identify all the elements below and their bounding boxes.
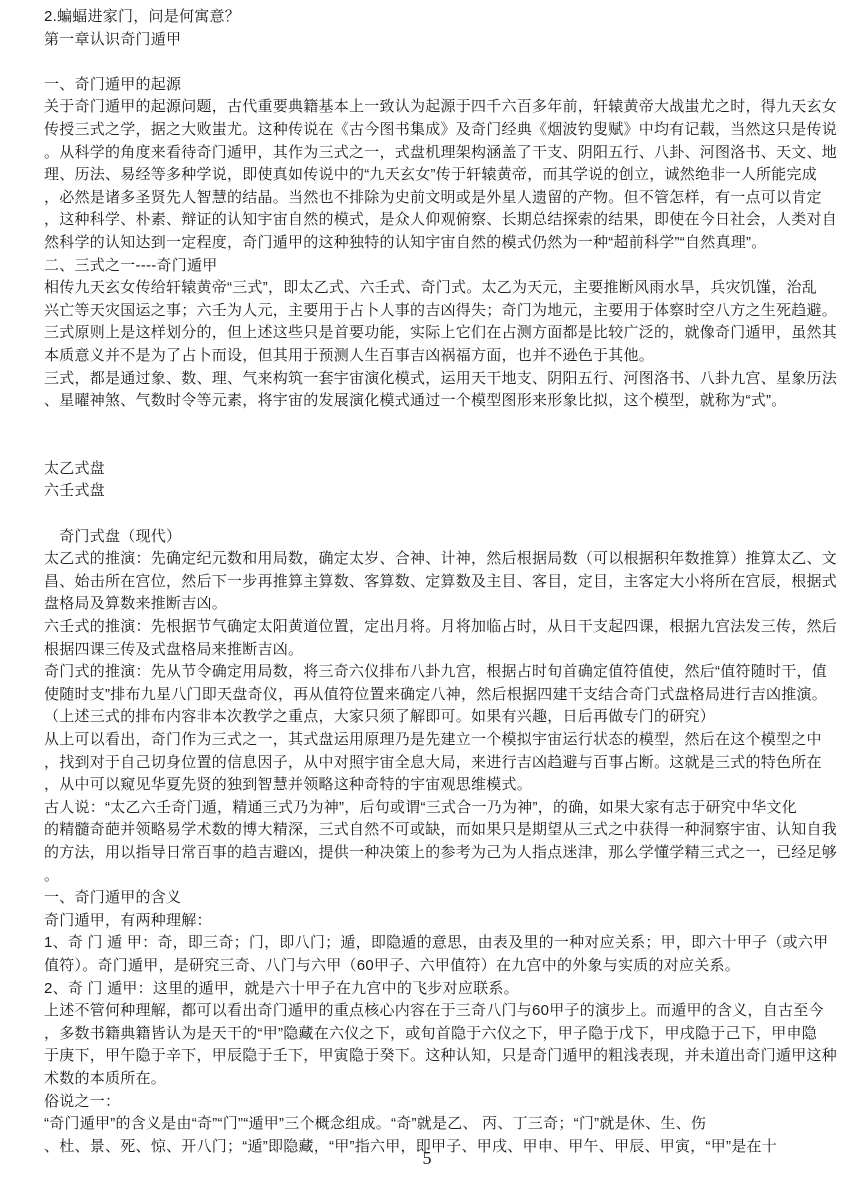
text-line: 三式原则上是这样划分的，但上述这些只是首要功能，实际上它们在占测方面都是比较广泛… xyxy=(44,322,834,345)
text-line: 2、奇 门 遁甲：这里的遁甲，就是六十甲子在九宫中的飞步对应联系。 xyxy=(44,978,834,1001)
text-line: 于庚下，甲午隐于辛下，甲辰隐于壬下，甲寅隐于癸下。这种认知，只是奇门遁甲的粗浅表… xyxy=(44,1045,834,1068)
text-line: 的精髓奇葩并领略易学术数的博大精深，三式自然不可或缺，而如果只是期望从三式之中获… xyxy=(44,819,834,842)
text-line: 一、奇门遁甲的起源 xyxy=(44,74,834,97)
text-line: 俗说之一： xyxy=(44,1091,834,1114)
text-line: 昌、始击所在宫位，然后下一步再推算主算数、客算数、定算数及主目、客目，定目，主客… xyxy=(44,571,834,594)
text-line: 奇门式的推演：先从节令确定用局数，将三奇六仪排布八卦九宫，根据占时旬首确定值符值… xyxy=(44,661,834,684)
text-line: ，必然是诸多圣贤先人智慧的结晶。当然也不排除为史前文明或是外星人遗留的产物。但不… xyxy=(44,187,834,210)
text-line: “奇门遁甲”的含义是由“奇”“门”“遁甲”三个概念组成。“奇”就是乙、 丙、丁三… xyxy=(44,1113,834,1136)
text-line: 传授三式之学，据之大败蚩尤。这种传说在《古今图书集成》及奇门经典《烟波钓叟赋》中… xyxy=(44,119,834,142)
text-line: 、星曜神煞、气数时令等元素，将宇宙的发展演化模式通过一个模型图形来形象比拟，这个… xyxy=(44,390,834,413)
text-line: 奇门遁甲，有两种理解： xyxy=(44,910,834,933)
text-line: 然科学的认知达到一定程度，奇门遁甲的这种独特的认知宇宙自然的模式仍然为一种“超前… xyxy=(44,232,834,255)
text-line: 古人说：“太乙六壬奇门遁，精通三式乃为神”，后句或谓“三式合一乃为神”，的确，如… xyxy=(44,797,834,820)
text-line xyxy=(44,413,834,436)
text-line xyxy=(44,503,834,526)
text-line xyxy=(44,51,834,74)
text-line: 的方法，用以指导日常百事的趋吉避凶，提供一种决策上的参考为己为人指点迷津，那么学… xyxy=(44,842,834,865)
text-line: 一、奇门遁甲的含义 xyxy=(44,887,834,910)
text-line: 盘格局及算数来推断吉凶。 xyxy=(44,593,834,616)
text-line: （上述三式的排布内容非本次教学之重点，大家只须了解即可。如果有兴趣，日后再做专门… xyxy=(44,706,834,729)
text-line: 兴亡等天灾国运之事；六壬为人元，主要用于占卜人事的吉凶得失；奇门为地元，主要用于… xyxy=(44,300,834,323)
page-number: 5 xyxy=(0,1146,854,1170)
text-line: 第一章认识奇门遁甲 xyxy=(44,29,834,52)
text-line: 根据四课三传及式盘格局来推断吉凶。 xyxy=(44,639,834,662)
text-line: 三式，都是通过象、数、理、气来构筑一套宇宙演化模式，运用天干地支、阴阳五行、河图… xyxy=(44,368,834,391)
text-block: 2.蝙蝠进家门，问是何寓意？第一章认识奇门遁甲 一、奇门遁甲的起源关于奇门遁甲的… xyxy=(44,6,834,1158)
text-line: ，从中可以窥见华夏先贤的独到智慧并领略这种奇特的宇宙观思维模式。 xyxy=(44,774,834,797)
text-line: 相传九天玄女传给轩辕黄帝“三式”，即太乙式、六壬式、奇门式。太乙为天元，主要推断… xyxy=(44,277,834,300)
text-line: 。 xyxy=(44,865,834,888)
text-line: 使随时支”排布九星八门即天盘奇仪，再从值符位置来确定八神，然后根据四建干支结合奇… xyxy=(44,684,834,707)
text-line: 2.蝙蝠进家门，问是何寓意？ xyxy=(44,6,834,29)
text-line: 1、奇 门 遁 甲：奇，即三奇；门，即八门；遁，即隐遁的意思，由表及里的一种对应… xyxy=(44,932,834,955)
text-line: ，这种科学、朴素、辩证的认知宇宙自然的模式，是众人仰观俯察、长期总结探索的结果，… xyxy=(44,209,834,232)
text-line: 太乙式盘 xyxy=(44,458,834,481)
text-line: 本质意义并不是为了占卜而设，但其用于预测人生百事吉凶祸福方面，也并不逊色于其他。 xyxy=(44,345,834,368)
text-line: 六壬式的推演：先根据节气确定太阳黄道位置，定出月将。月将加临占时，从日干支起四课… xyxy=(44,616,834,639)
text-line: 从上可以看出，奇门作为三式之一，其式盘运用原理乃是先建立一个模拟宇宙运行状态的模… xyxy=(44,729,834,752)
text-line: 二、三式之一----奇门遁甲 xyxy=(44,255,834,278)
text-line: 理、历法、易经等多种学说，即使真如传说中的“九天玄女”传于轩辕黄帝，而其学说的创… xyxy=(44,164,834,187)
text-line: 术数的本质所在。 xyxy=(44,1068,834,1091)
text-line: ，找到对于自己切身位置的信息因子，从中对照宇宙全息大局，来进行吉凶趋避与百事占断… xyxy=(44,752,834,775)
text-line: 六壬式盘 xyxy=(44,480,834,503)
text-line xyxy=(44,435,834,458)
text-line: ，多数书籍典籍皆认为是天干的“甲”隐藏在六仪之下，或旬首隐于六仪之下，甲子隐于戊… xyxy=(44,1023,834,1046)
text-line: 奇门式盘（现代） xyxy=(44,526,834,549)
text-line: 。从科学的角度来看待奇门遁甲，其作为三式之一，式盘机理架构涵盖了干支、阴阳五行、… xyxy=(44,142,834,165)
text-line: 上述不管何种理解，都可以看出奇门遁甲的重点核心内容在于三奇八门与60甲子的演步上… xyxy=(44,1000,834,1023)
text-line: 值符）。奇门遁甲，是研究三奇、八门与六甲（60甲子、六甲值符）在九宫中的外象与实… xyxy=(44,955,834,978)
text-line: 太乙式的推演：先确定纪元数和用局数，确定太岁、合神、计神，然后根据局数（可以根据… xyxy=(44,548,834,571)
text-line: 关于奇门遁甲的起源问题，古代重要典籍基本上一致认为起源于四千六百多年前，轩辕黄帝… xyxy=(44,96,834,119)
document-page: 2.蝙蝠进家门，问是何寓意？第一章认识奇门遁甲 一、奇门遁甲的起源关于奇门遁甲的… xyxy=(0,0,854,1183)
